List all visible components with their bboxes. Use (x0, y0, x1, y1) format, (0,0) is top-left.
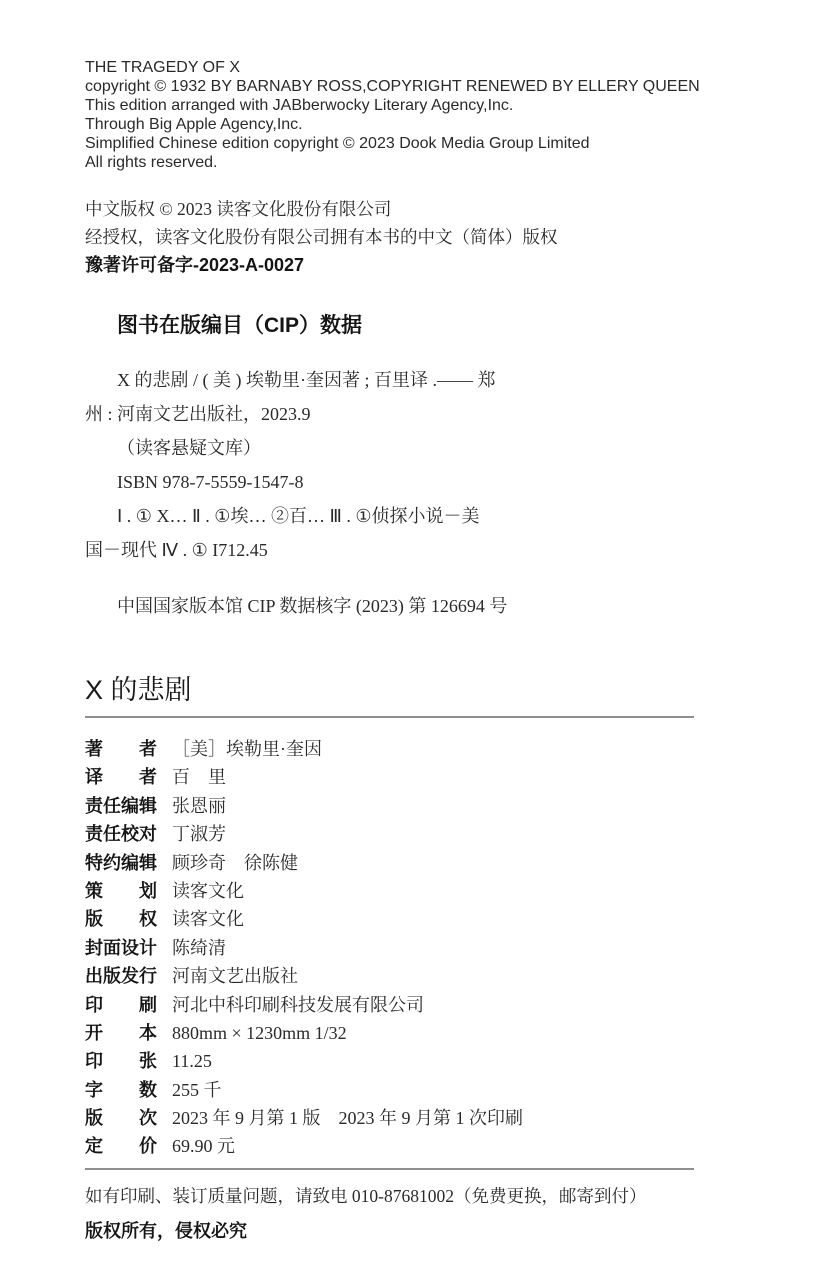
credit-row-proofreader: 责任校对 丁淑芳 (85, 820, 760, 848)
credit-value: 880mm × 1230mm 1/32 (172, 1023, 347, 1044)
book-title: X 的悲剧 (85, 668, 760, 707)
credit-row-edition: 版 次 2023 年 9 月第 1 版 2023 年 9 月第 1 次印刷 (85, 1104, 760, 1132)
chinese-copyright-line: 中文版权 © 2023 读客文化股份有限公司 (85, 195, 760, 223)
credit-row-editor: 责任编辑 张恩丽 (85, 792, 760, 820)
credit-value: 河北中科印刷科技发展有限公司 (172, 991, 424, 1017)
english-copyright-line: copyright © 1932 BY BARNABY ROSS,COPYRIG… (85, 77, 760, 96)
credit-label: 责任编辑 (85, 792, 172, 818)
credit-label: 特约编辑 (85, 849, 172, 875)
colophon-credits: 著 者 ［美］埃勒里·奎因 译 者 百 里 责任编辑 张恩丽 责任校对 丁淑芳 … (85, 735, 760, 1161)
credit-value: 陈绮清 (172, 934, 226, 960)
cip-registry-line: 中国国家版本馆 CIP 数据核字 (2023) 第 126694 号 (117, 592, 760, 618)
cip-heading: 图书在版编目（CIP）数据 (117, 309, 760, 339)
credit-row-format: 开 本 880mm × 1230mm 1/32 (85, 1019, 760, 1047)
credit-label: 译 者 (85, 763, 172, 789)
credit-label: 印 刷 (85, 991, 172, 1017)
credit-row-translator: 译 者 百 里 (85, 763, 760, 791)
cip-isbn-line: ISBN 978-7-5559-1547-8 (85, 465, 760, 499)
credit-value: 2023 年 9 月第 1 版 2023 年 9 月第 1 次印刷 (172, 1104, 523, 1130)
cip-data-block: X 的悲剧 / ( 美 ) 埃勒里·奎因著 ; 百里译 .—— 郑 州 : 河南… (85, 363, 760, 567)
credit-value: 69.90 元 (172, 1132, 235, 1158)
cip-line: （读客悬疑文库） (85, 431, 760, 465)
credit-row-contributing-editors: 特约编辑 顾珍奇 徐陈健 (85, 849, 760, 877)
credit-value: 读客文化 (172, 877, 244, 903)
credit-label: 责任校对 (85, 820, 172, 846)
credit-label: 版 权 (85, 905, 172, 931)
english-chinese-edition-line: Simplified Chinese edition copyright © 2… (85, 134, 760, 153)
credit-value: ［美］埃勒里·奎因 (172, 735, 322, 761)
cip-line: 州 : 河南文艺出版社，2023.9 (85, 397, 760, 431)
credit-label: 开 本 (85, 1019, 172, 1045)
credit-value: 河南文艺出版社 (172, 962, 298, 988)
cip-classification-line: 国－现代 Ⅳ . ① I712.45 (85, 533, 760, 567)
credit-label: 印 张 (85, 1047, 172, 1073)
divider-bottom (85, 1168, 694, 1170)
english-agency-line: Through Big Apple Agency,Inc. (85, 115, 760, 134)
credit-value: 顾珍奇 徐陈健 (172, 849, 298, 875)
english-title-line: THE TRAGEDY OF X (85, 58, 760, 77)
credit-row-printer: 印 刷 河北中科印刷科技发展有限公司 (85, 991, 760, 1019)
cip-line: X 的悲剧 / ( 美 ) 埃勒里·奎因著 ; 百里译 .—— 郑 (85, 363, 760, 397)
credit-value: 百 里 (172, 763, 226, 789)
credit-row-author: 著 者 ［美］埃勒里·奎因 (85, 735, 760, 763)
credit-label: 定 价 (85, 1132, 172, 1158)
credit-value: 255 千 (172, 1076, 222, 1102)
registration-number: 豫著许可备字-2023-A-0027 (85, 251, 760, 279)
credit-row-sheets: 印 张 11.25 (85, 1047, 760, 1075)
credit-label: 字 数 (85, 1076, 172, 1102)
chinese-copyright-block: 中文版权 © 2023 读客文化股份有限公司 经授权，读客文化股份有限公司拥有本… (85, 195, 760, 279)
credit-value: 11.25 (172, 1051, 212, 1072)
credit-value: 丁淑芳 (172, 820, 226, 846)
chinese-authorization-line: 经授权，读客文化股份有限公司拥有本书的中文（简体）版权 (85, 223, 760, 251)
divider-top (85, 716, 694, 718)
credit-row-cover-design: 封面设计 陈绮清 (85, 934, 760, 962)
credit-row-price: 定 价 69.90 元 (85, 1132, 760, 1160)
cip-classification-line: Ⅰ . ① X… Ⅱ . ①埃… ②百… Ⅲ . ①侦探小说－美 (85, 499, 760, 533)
english-arrangement-line: This edition arranged with JABberwocky L… (85, 96, 760, 115)
credit-row-planning: 策 划 读客文化 (85, 877, 760, 905)
credit-row-rights: 版 权 读客文化 (85, 905, 760, 933)
english-copyright-block: THE TRAGEDY OF X copyright © 1932 BY BAR… (85, 58, 760, 172)
credit-value: 张恩丽 (172, 792, 226, 818)
english-rights-line: All rights reserved. (85, 153, 760, 172)
rights-reserved-notice: 版权所有，侵权必究 (85, 1217, 760, 1243)
copyright-page: THE TRAGEDY OF X copyright © 1932 BY BAR… (0, 0, 815, 1280)
credit-row-word-count: 字 数 255 千 (85, 1076, 760, 1104)
credit-label: 著 者 (85, 735, 172, 761)
credit-label: 版 次 (85, 1104, 172, 1130)
credit-label: 出版发行 (85, 962, 172, 988)
credit-value: 读客文化 (172, 905, 244, 931)
credit-row-publisher: 出版发行 河南文艺出版社 (85, 962, 760, 990)
credit-label: 策 划 (85, 877, 172, 903)
credit-label: 封面设计 (85, 934, 172, 960)
quality-notice: 如有印刷、装订质量问题，请致电 010-87681002（免费更换，邮寄到付） (85, 1183, 760, 1208)
